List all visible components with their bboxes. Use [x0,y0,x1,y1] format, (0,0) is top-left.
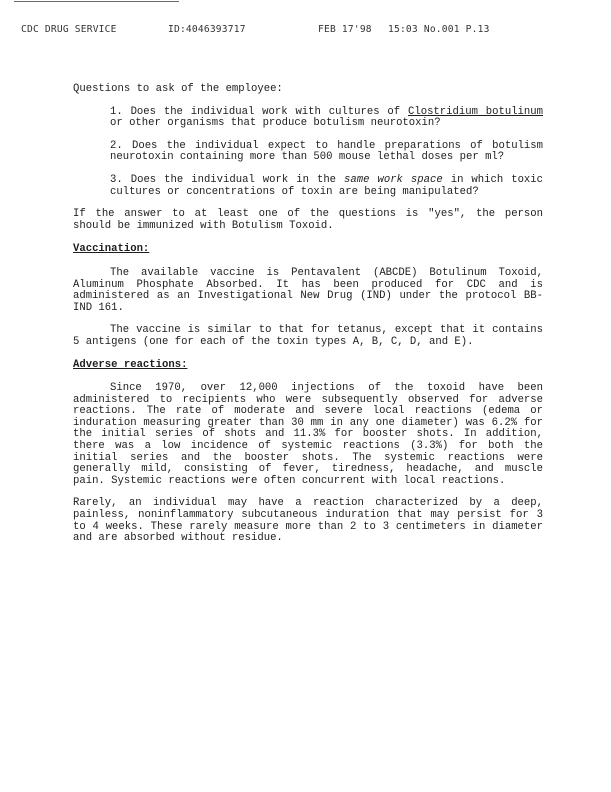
question-number: 1. [110,106,123,118]
emphasis-text: same work space [344,174,443,186]
fax-top-rule [14,1,179,2]
vaccination-paragraph: The vaccine is similar to that for tetan… [73,325,543,348]
fax-id: ID:4046393717 [168,24,246,35]
question-number: 2. [110,140,123,152]
questions-conclusion: If the answer to at least one of the que… [73,209,543,232]
adverse-reactions-paragraph: Rarely, an individual may have a reactio… [73,498,543,544]
vaccination-paragraph: The available vaccine is Pentavalent (AB… [73,268,543,314]
adverse-reactions-paragraph: Since 1970, over 12,000 injections of th… [73,383,543,487]
organism-name: Clostridium botulinum [408,106,543,118]
question-number: 3. [110,174,123,186]
fax-header: CDC DRUG SERVICE ID:4046393717 FEB 17'98… [0,24,611,38]
fax-sender: CDC DRUG SERVICE [21,24,117,35]
question-3: 3. Does the individual work in the same … [110,175,543,198]
questions-intro: Questions to ask of the employee: [73,84,543,96]
fax-date: FEB 17'98 [318,24,372,35]
question-1: 1. Does the individual work with culture… [110,107,543,130]
question-2: 2. Does the individual expect to handle … [110,141,543,164]
vaccination-heading: Vaccination: [73,244,543,256]
fax-time-page: 15:03 No.001 P.13 [388,24,490,35]
adverse-reactions-heading: Adverse reactions: [73,360,543,372]
document-body: Questions to ask of the employee: 1. Doe… [73,84,543,556]
